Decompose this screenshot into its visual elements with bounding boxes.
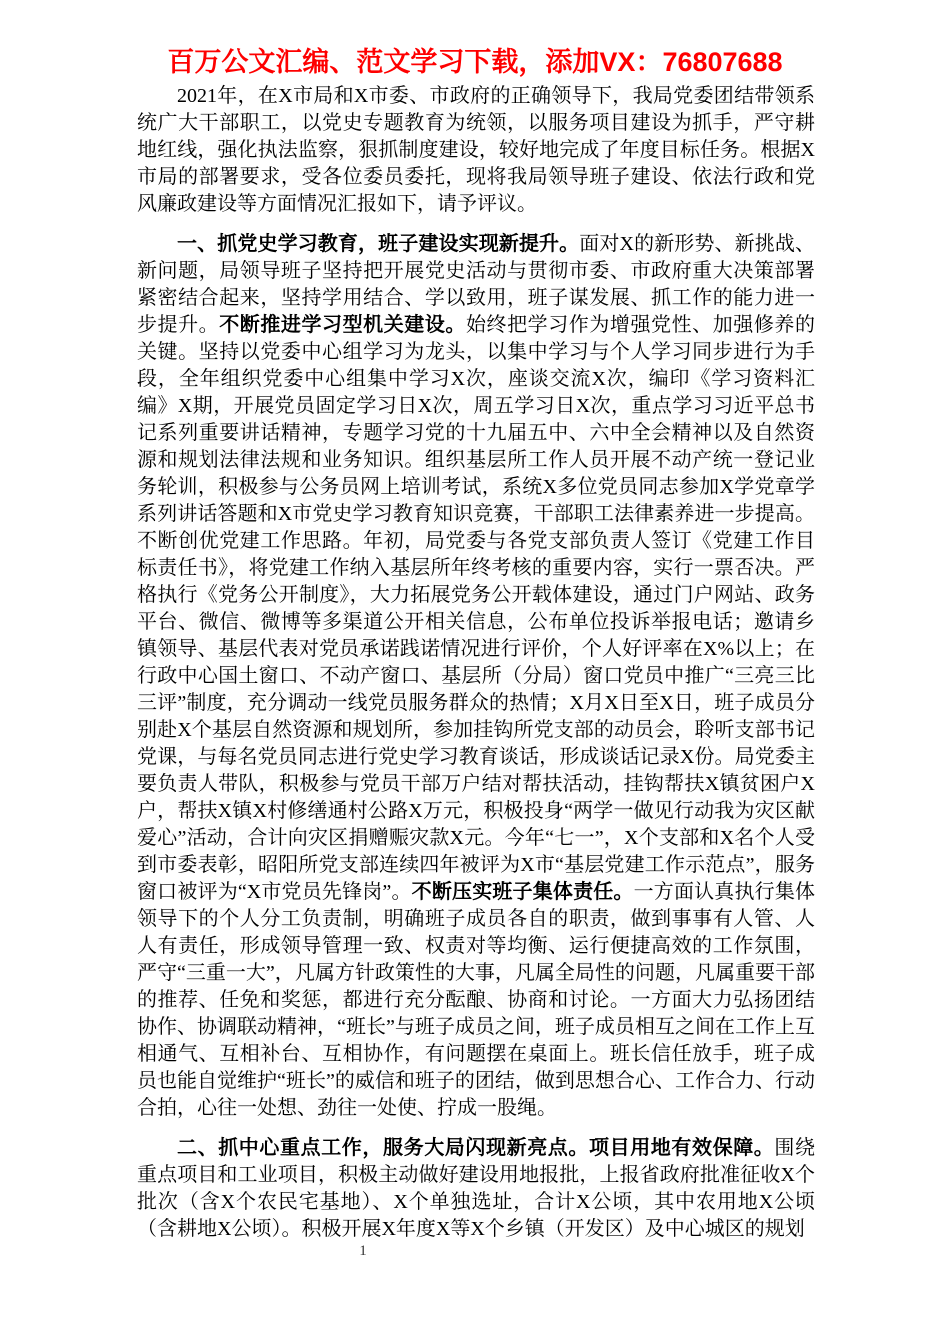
section1-run3: 一方面认真执行集体领导下的个人分工负责制，明确班子成员各自的职责，做到事事有人管…	[137, 881, 815, 1119]
document-body: 2021年，在X市局和X市委、市政府的正确领导下，我局党委团结带领系统广大干部职…	[137, 83, 815, 1243]
section2-heading: 二、抓中心重点工作，服务大局闪现新亮点。项目用地有效保障。	[177, 1137, 774, 1159]
section1-run2: 始终把学习作为增强党性、加强修养的关键。坚持以党委中心组学习为龙头，以集中学习与…	[137, 314, 815, 903]
document-page: 百万公文汇编、范文学习下载，添加VX：76807688 2021年，在X市局和X…	[0, 0, 950, 1344]
paragraph-intro: 2021年，在X市局和X市委、市政府的正确领导下，我局党委团结带领系统广大干部职…	[137, 83, 815, 218]
intro-run: 2021年，在X市局和X市委、市政府的正确领导下，我局党委团结带领系统广大干部职…	[137, 85, 815, 215]
paragraph-section-2: 二、抓中心重点工作，服务大局闪现新亮点。项目用地有效保障。围绕重点项目和工业项目…	[137, 1135, 815, 1243]
paragraph-section-1: 一、抓党史学习教育，班子建设实现新提升。面对X的新形势、新挑战、新问题，局领导班…	[137, 231, 815, 1122]
promo-banner-text: 百万公文汇编、范文学习下载，添加VX：76807688	[0, 40, 950, 79]
section1-subhead2: 不断压实班子集体责任。	[412, 881, 634, 903]
section1-heading: 一、抓党史学习教育，班子建设实现新提升。	[177, 233, 579, 255]
section1-subhead1: 不断推进学习型机关建设。	[219, 314, 466, 336]
page-number: 1	[343, 1243, 383, 1260]
